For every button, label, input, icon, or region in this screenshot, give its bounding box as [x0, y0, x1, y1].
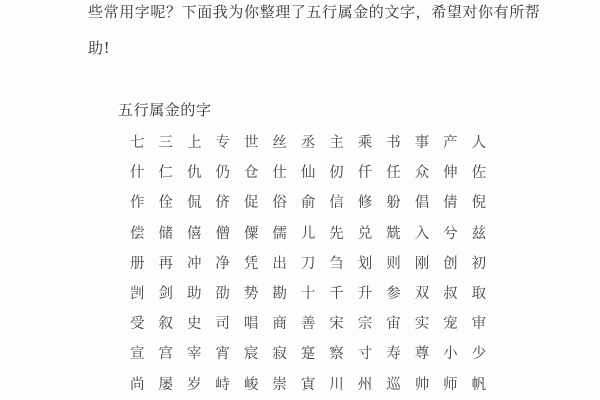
character-cell: 仓	[244, 161, 272, 182]
character-cell: 势	[244, 282, 272, 303]
character-cell: 倡	[415, 191, 443, 212]
character-cell: 册	[130, 252, 158, 273]
character-cell: 入	[415, 222, 443, 243]
character-cell: 仍	[215, 161, 243, 182]
character-cell: 州	[358, 373, 386, 394]
character-cell: 升	[358, 282, 386, 303]
character-cell: 双	[415, 282, 443, 303]
character-cell: 商	[272, 312, 300, 333]
character-cell: 实	[415, 312, 443, 333]
character-cell: 佐	[472, 161, 500, 182]
character-cell: 创	[443, 252, 471, 273]
character-row: 册再冲净凭出刀刍划则刚创初	[130, 252, 500, 282]
character-cell: 兟	[386, 222, 414, 243]
character-cell: 寊	[301, 373, 329, 394]
character-cell: 少	[472, 342, 500, 363]
character-row: 尚屡岁峙峻崇寊川州巡帅师帆	[130, 373, 500, 400]
character-cell: 先	[329, 222, 357, 243]
character-cell: 宋	[329, 312, 357, 333]
character-cell: 受	[130, 312, 158, 333]
character-cell: 丞	[301, 131, 329, 152]
character-cell: 取	[472, 282, 500, 303]
character-cell: 刚	[415, 252, 443, 273]
character-cell: 宙	[386, 312, 414, 333]
character-cell: 屡	[158, 373, 186, 394]
character-cell: 儿	[301, 222, 329, 243]
character-cell: 剀	[130, 282, 158, 303]
character-cell: 助	[187, 282, 215, 303]
character-cell: 促	[244, 191, 272, 212]
character-cell: 兹	[472, 222, 500, 243]
intro-text-line-1: 些常用字呢？下面我为你整理了五行属金的文字，希望对你有所帮	[88, 1, 540, 22]
character-cell: 审	[472, 312, 500, 333]
character-cell: 宣	[130, 342, 158, 363]
character-cell: 叙	[158, 312, 186, 333]
character-cell: 侃	[187, 191, 215, 212]
character-cell: 佺	[158, 191, 186, 212]
character-cell: 凭	[244, 252, 272, 273]
section-title: 五行属金的字	[118, 99, 212, 120]
character-cell: 俗	[272, 191, 300, 212]
character-cell: 剑	[158, 282, 186, 303]
character-cell: 事	[415, 131, 443, 152]
character-cell: 兮	[443, 222, 471, 243]
character-cell: 师	[443, 373, 471, 394]
character-cell: 察	[329, 342, 357, 363]
character-cell: 信	[329, 191, 357, 212]
character-cell: 仇	[187, 161, 215, 182]
character-cell: 叔	[443, 282, 471, 303]
character-cell: 倪	[472, 191, 500, 212]
character-cell: 宗	[358, 312, 386, 333]
character-cell: 仞	[329, 161, 357, 182]
character-row: 偿储僖僧僳儒儿先兑兟入兮兹	[130, 222, 500, 252]
character-cell: 尊	[415, 342, 443, 363]
character-cell: 司	[215, 312, 243, 333]
character-cell: 三	[158, 131, 186, 152]
character-cell: 宵	[215, 342, 243, 363]
character-cell: 侪	[215, 191, 243, 212]
character-cell: 产	[443, 131, 471, 152]
character-cell: 宰	[187, 342, 215, 363]
character-cell: 再	[158, 252, 186, 273]
character-row: 宣宫宰宵宸寂寔察寸寿尊小少	[130, 342, 500, 372]
character-cell: 宫	[158, 342, 186, 363]
character-cell: 净	[215, 252, 243, 273]
character-cell: 人	[472, 131, 500, 152]
character-cell: 千	[329, 282, 357, 303]
character-cell: 初	[472, 252, 500, 273]
character-cell: 伸	[443, 161, 471, 182]
character-cell: 刍	[329, 252, 357, 273]
character-cell: 勘	[272, 282, 300, 303]
character-cell: 峙	[215, 373, 243, 394]
character-row: 七三上专世丝丞主乘书事产人	[130, 131, 500, 161]
character-cell: 仕	[272, 161, 300, 182]
character-cell: 书	[386, 131, 414, 152]
character-cell: 俞	[301, 191, 329, 212]
character-cell: 宠	[443, 312, 471, 333]
character-cell: 修	[358, 191, 386, 212]
character-row: 剀剑助劭势勘十千升参双叔取	[130, 282, 500, 312]
character-row: 作佺侃侪促俗俞信修躮倡倩倪	[130, 191, 500, 221]
character-cell: 偿	[130, 222, 158, 243]
character-cell: 兑	[358, 222, 386, 243]
character-cell: 世	[244, 131, 272, 152]
character-cell: 寿	[386, 342, 414, 363]
document-page: 些常用字呢？下面我为你整理了五行属金的文字，希望对你有所帮 助! 五行属金的字 …	[0, 0, 600, 400]
character-cell: 僳	[244, 222, 272, 243]
character-cell: 出	[272, 252, 300, 273]
character-cell: 十	[301, 282, 329, 303]
character-cell: 什	[130, 161, 158, 182]
character-cell: 丝	[272, 131, 300, 152]
character-row: 受叙史司唱商善宋宗宙实宠审	[130, 312, 500, 342]
intro-text-line-2: 助!	[88, 37, 110, 58]
character-cell: 尚	[130, 373, 158, 394]
character-cell: 寔	[301, 342, 329, 363]
character-cell: 划	[358, 252, 386, 273]
character-cell: 任	[386, 161, 414, 182]
character-cell: 川	[329, 373, 357, 394]
character-cell: 崇	[272, 373, 300, 394]
character-grid: 七三上专世丝丞主乘书事产人什仁仇仍仓仕仙仞仟任众伸佐作佺侃侪促俗俞信修躮倡倩倪偿…	[130, 131, 500, 400]
character-cell: 专	[215, 131, 243, 152]
character-cell: 史	[187, 312, 215, 333]
character-cell: 小	[443, 342, 471, 363]
character-cell: 主	[329, 131, 357, 152]
character-cell: 仁	[158, 161, 186, 182]
character-cell: 善	[301, 312, 329, 333]
character-cell: 众	[415, 161, 443, 182]
character-cell: 峻	[244, 373, 272, 394]
character-cell: 乘	[358, 131, 386, 152]
character-cell: 唱	[244, 312, 272, 333]
character-cell: 寂	[272, 342, 300, 363]
character-cell: 储	[158, 222, 186, 243]
character-cell: 参	[386, 282, 414, 303]
character-cell: 作	[130, 191, 158, 212]
character-cell: 躮	[386, 191, 414, 212]
character-cell: 帅	[415, 373, 443, 394]
character-cell: 巡	[386, 373, 414, 394]
character-cell: 倩	[443, 191, 471, 212]
character-cell: 刀	[301, 252, 329, 273]
character-cell: 劭	[215, 282, 243, 303]
character-cell: 僧	[215, 222, 243, 243]
character-cell: 帆	[472, 373, 500, 394]
character-cell: 岁	[187, 373, 215, 394]
character-cell: 僖	[187, 222, 215, 243]
character-cell: 仟	[358, 161, 386, 182]
character-cell: 儒	[272, 222, 300, 243]
character-cell: 寸	[358, 342, 386, 363]
character-cell: 上	[187, 131, 215, 152]
character-row: 什仁仇仍仓仕仙仞仟任众伸佐	[130, 161, 500, 191]
character-cell: 仙	[301, 161, 329, 182]
character-cell: 冲	[187, 252, 215, 273]
character-cell: 七	[130, 131, 158, 152]
character-cell: 宸	[244, 342, 272, 363]
character-cell: 则	[386, 252, 414, 273]
